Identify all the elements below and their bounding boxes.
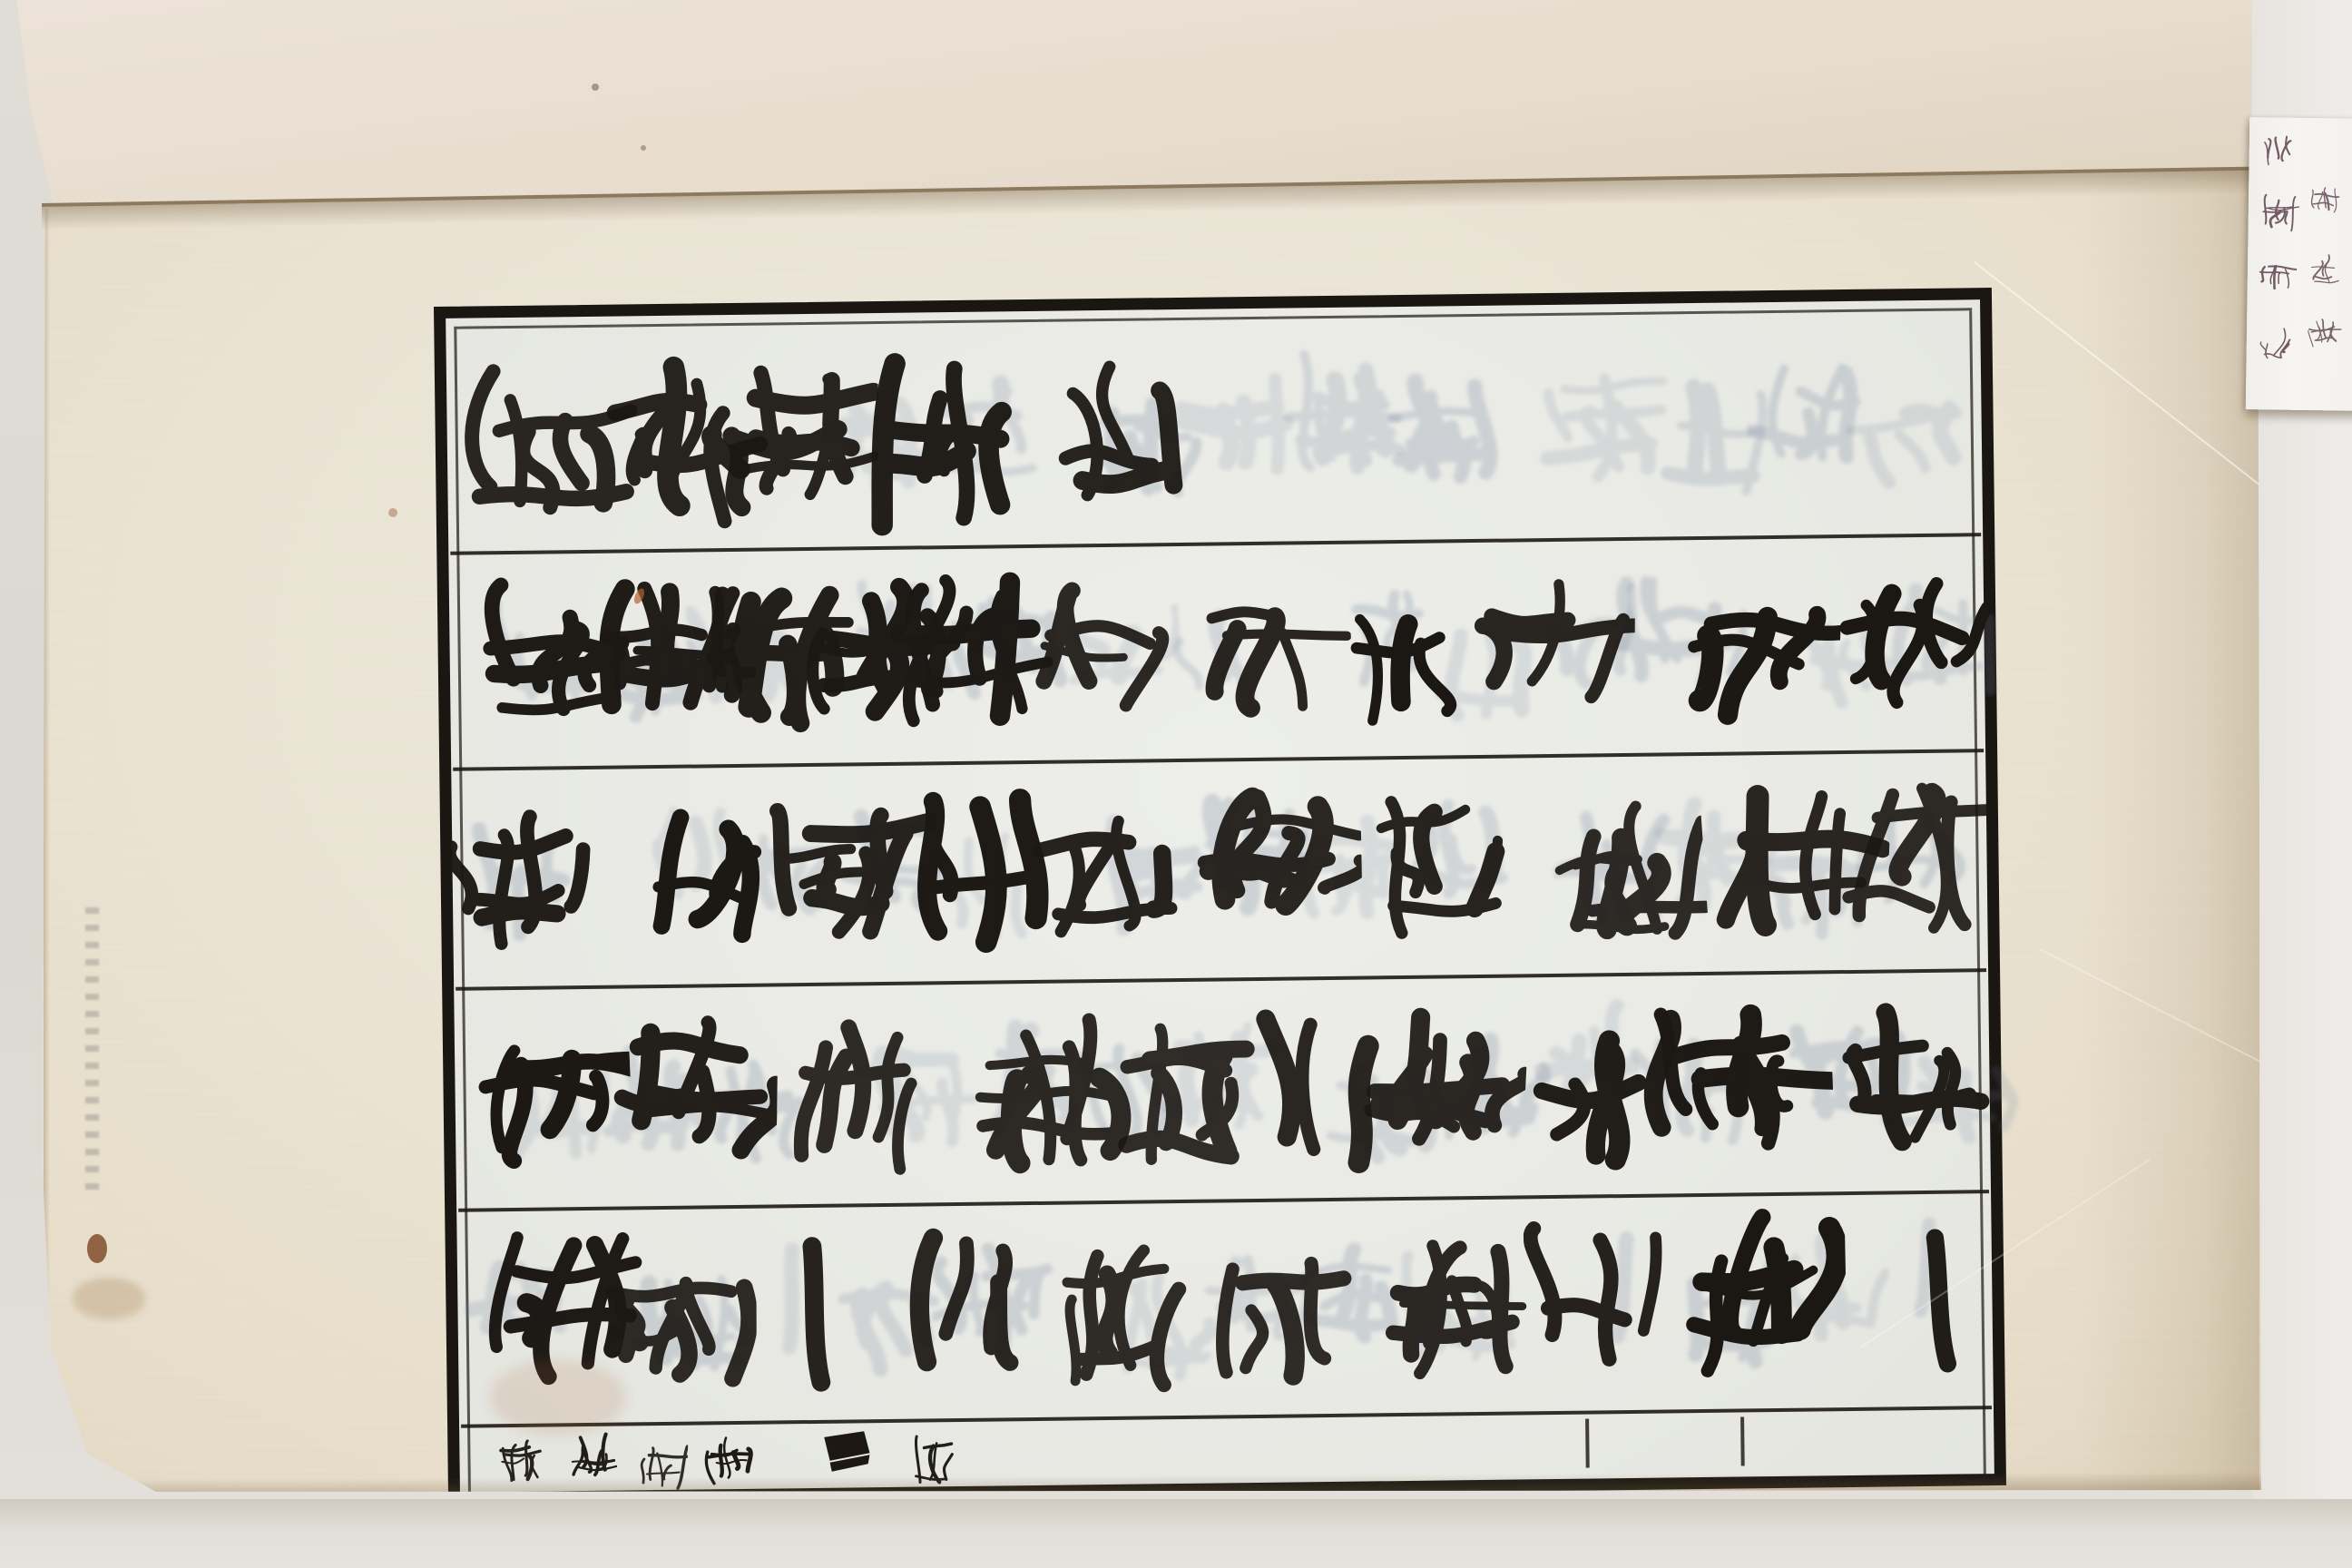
calligraphy-char: [1833, 765, 2015, 947]
calligraphy-char: [1324, 570, 1497, 743]
calligraphy-char: [1022, 570, 1182, 730]
slip-handwriting-char: [2258, 128, 2299, 170]
fleck: [641, 145, 646, 151]
stain-spot: [87, 1234, 107, 1263]
calligraphy-char: [444, 789, 614, 959]
calligraphy-char: [1030, 1232, 1201, 1404]
calligraphy-char: [1648, 985, 1836, 1172]
calligraphy-char: [1369, 1233, 1530, 1394]
slip-handwriting-char: [2256, 254, 2297, 295]
book-photograph: [0, 0, 2352, 1568]
calligraphy-char: [1830, 993, 2000, 1162]
calligraphy-char: [720, 1226, 903, 1408]
calligraphy-char: [1831, 558, 1994, 720]
calligraphy-char: [1474, 567, 1634, 728]
text-frame-border: [434, 288, 2006, 1504]
calligraphy-char: [1853, 1220, 2020, 1387]
ink-bleedthrough: [1381, 370, 1507, 496]
calligraphy-char: [1044, 335, 1233, 524]
fleck: [592, 83, 599, 91]
slip-handwriting-char: [2254, 324, 2297, 367]
stain-blotch: [73, 1278, 145, 1319]
stain-blotch: [490, 1359, 626, 1436]
calligraphy-char: [840, 339, 1044, 543]
calligraphy-char: [1352, 991, 1529, 1168]
calligraphy-char: [1180, 774, 1364, 958]
rust-fleck: [388, 508, 397, 517]
book-page: [0, 0, 2352, 1568]
gutter-title-char: [567, 1431, 617, 1481]
calligraphy-char: [1538, 787, 1710, 958]
column-divider: [461, 1406, 1992, 1428]
calligraphy-char: [1191, 1230, 1362, 1401]
ink-offset-column: [85, 907, 99, 1198]
ink-bleedthrough: [1843, 376, 1976, 509]
calligraphy-char: [1655, 550, 1844, 739]
calligraphy-char: [607, 1004, 779, 1176]
slip-handwriting-char: [2306, 181, 2345, 220]
table-surface-bottom: [0, 1499, 2352, 1568]
page-left-edge: [44, 209, 50, 1361]
label-slip: [2246, 117, 2352, 411]
calligraphy-char: [895, 1226, 1052, 1383]
slip-handwriting-char: [2304, 251, 2343, 290]
calligraphy-char: [755, 1006, 941, 1192]
calligraphy-char: [1357, 777, 1532, 951]
slip-handwriting-char: [2304, 313, 2341, 350]
slip-handwriting-char: [2255, 191, 2299, 235]
calligraphy-char: [1024, 783, 1197, 956]
calligraphy-char: [1666, 1205, 1847, 1387]
page-number-tick: [1585, 1419, 1590, 1468]
page-number-tick: [1740, 1416, 1745, 1465]
